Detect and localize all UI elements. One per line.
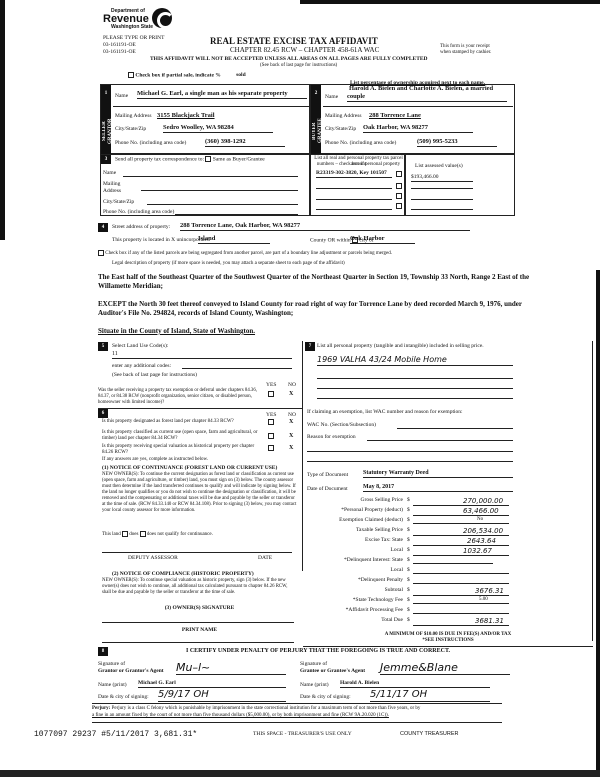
personal-property-checkbox[interactable] — [396, 183, 402, 189]
assessed-value-field[interactable]: $193,466.00 — [411, 174, 473, 182]
subtotal-field[interactable]: 3676.31 — [413, 587, 509, 596]
parcel-number-field[interactable]: R23319-302-3820, Key 101507 — [316, 170, 392, 178]
delinquent-interest-local-field[interactable] — [413, 567, 509, 574]
correspondence-phone-field[interactable] — [175, 214, 298, 215]
exemption-claimed-field[interactable]: No — [413, 517, 509, 524]
assessed-value-field[interactable] — [411, 209, 473, 210]
tax-calculation-table: Gross Selling Price $ 270,000.00 *Person… — [303, 497, 593, 627]
document-date-field[interactable]: May 8, 2017 — [363, 484, 513, 492]
print-name-line[interactable] — [102, 642, 294, 643]
legal-description-p2: EXCEPT the North 30 feet thereof conveye… — [98, 300, 538, 318]
deputy-assessor-signature-line[interactable] — [102, 552, 292, 553]
treasurer-receipt-stamp: 1077097 29237 #5/11/2017 3,681.31* — [34, 730, 197, 740]
section-number: 1 — [101, 89, 111, 98]
property-street-field[interactable]: 288 Torrence Lane, Oak Harbor, WA 98277 — [180, 222, 470, 231]
taxable-selling-price-field[interactable]: 206,534.00 — [413, 527, 509, 536]
tax-row: Subtotal $ 3676.31 — [303, 587, 593, 597]
land-use-code-field[interactable]: 11 — [112, 351, 292, 359]
type-or-print-note: PLEASE TYPE OR PRINT — [103, 35, 164, 42]
excise-tax-local-field[interactable]: 1032.67 — [413, 547, 509, 556]
personal-property-deduct-field[interactable]: 63,466.00 — [413, 507, 509, 516]
wac-number-field[interactable] — [397, 428, 513, 429]
tax-row: *Personal Property (deduct) $ 63,466.00 — [303, 507, 593, 517]
section-number: 4 — [98, 223, 108, 232]
tax-row: Local $ — [303, 567, 593, 577]
personal-property-checkbox[interactable] — [396, 171, 402, 177]
forest-land-yes-checkbox[interactable] — [268, 419, 274, 425]
buyer-name-line2[interactable]: couple — [347, 93, 507, 102]
exemption-reason-field[interactable] — [367, 440, 513, 441]
scan-edge-right — [596, 270, 600, 770]
correspondence-name-field[interactable] — [123, 176, 298, 177]
exemption-yes-checkbox[interactable] — [268, 391, 274, 397]
scan-edge-top — [300, 0, 600, 4]
seller-city-field[interactable]: Sedro Woolley, WA 98284 — [163, 124, 273, 133]
correspondence-mailing-field[interactable] — [141, 190, 298, 191]
delinquent-interest-state-field[interactable] — [413, 557, 493, 564]
assessed-values-section: List assessed value(s) $193,466.00 — [405, 154, 515, 216]
seller-phone-field[interactable]: (360) 398-1292 — [205, 138, 285, 147]
seller-name-field[interactable]: Michael G. Earl, a single man as his sep… — [137, 90, 307, 99]
scan-edge-left — [0, 0, 5, 240]
assessed-value-field[interactable] — [411, 199, 473, 200]
tax-row: Gross Selling Price $ 270,000.00 — [303, 497, 593, 507]
tax-row: Taxable Selling Price $ 206,534.00 — [303, 527, 593, 537]
buyer-section: 2 BUYER GRANTEE Harold A. Bielen and Cha… — [310, 84, 515, 154]
property-county-field[interactable]: Island — [198, 235, 270, 244]
tax-row: *Affidavit Processing Fee $ — [303, 607, 593, 617]
forest-land-no-mark[interactable]: X — [289, 419, 293, 426]
perjury-notice: Perjury: Perjury is a class C felony whi… — [92, 706, 512, 712]
owner-signature-line[interactable] — [102, 622, 294, 623]
does-qualify-checkbox[interactable] — [122, 531, 128, 537]
section-number: 2 — [311, 89, 321, 98]
parcel-number-field[interactable] — [316, 188, 392, 189]
form-code-2: 03-161191-OE — [103, 49, 136, 56]
legal-description-p1: The East half of the Southeast Quarter o… — [98, 273, 538, 291]
historic-no-mark[interactable]: X — [289, 445, 293, 452]
grantor-name-field[interactable]: Michael G. Earl — [138, 680, 286, 688]
grantor-date-field[interactable]: 5/9/17 OH — [158, 689, 286, 702]
grantee-date-field[interactable]: 5/11/17 OH — [370, 689, 490, 702]
seller-mailing-field[interactable]: 3155 Blackjack Trail — [157, 112, 215, 120]
tax-row: *Delinquent Interest: State $ — [303, 557, 593, 567]
form-code-1: 03-161191-OE — [103, 42, 136, 49]
delinquent-penalty-field[interactable] — [413, 577, 509, 584]
section-number: 8 — [98, 647, 108, 656]
grantee-name-field[interactable]: Harold A. Bielen — [340, 680, 490, 688]
partial-sale-checkbox[interactable] — [128, 72, 134, 78]
form-subtitle: CHAPTER 82.45 RCW – CHAPTER 458-61A WAC — [230, 46, 379, 54]
buyer-mailing-field[interactable]: 288 Torrence Lane — [369, 112, 421, 120]
assessed-value-field[interactable] — [411, 188, 473, 189]
personal-property-field[interactable]: 1969 VALHA 43/24 Mobile Home — [317, 355, 513, 366]
tax-row: Excise Tax: State $ 2643.64 — [303, 537, 593, 547]
personal-property-checkbox[interactable] — [396, 193, 402, 199]
total-due-field[interactable]: 3681.31 — [413, 617, 509, 626]
buyer-name-line1[interactable]: Harold A. Bielen and Charlotte A. Bielen… — [349, 85, 493, 93]
tax-row: Exemption Claimed (deduct) $ No — [303, 517, 593, 527]
agency-logo: Department of Revenue Washington State — [103, 8, 183, 30]
certification-statement: I CERTIFY UNDER PENALTY OF PERJURY THAT … — [186, 648, 450, 655]
current-use-no-mark[interactable]: X — [289, 433, 293, 440]
tax-row: *State Technology Fee $ 5.00 — [303, 597, 593, 607]
personal-property-checkbox[interactable] — [396, 203, 402, 209]
document-type-field[interactable]: Statutory Warranty Deed — [363, 470, 513, 478]
historic-yes-checkbox[interactable] — [268, 445, 274, 451]
excise-tax-state-field[interactable]: 2643.64 — [413, 537, 509, 546]
state-technology-fee-field[interactable]: 5.00 — [413, 597, 509, 604]
grantor-signature[interactable]: Mu–l~ — [176, 661, 286, 675]
segregated-checkbox[interactable] — [98, 250, 104, 256]
correspondence-city-field[interactable] — [147, 204, 298, 205]
current-use-yes-checkbox[interactable] — [268, 433, 274, 439]
tax-row: Total Due $ 3681.31 — [303, 617, 593, 627]
dor-logo-icon — [152, 8, 172, 28]
affidavit-processing-fee-field[interactable] — [413, 607, 509, 614]
treasurer-use-label: THIS SPACE - TREASURER'S USE ONLY — [253, 731, 352, 738]
seller-section: 1 SELLER GRANTOR Name Michael G. Earl, a… — [100, 84, 310, 154]
completion-warning: THIS AFFIDAVIT WILL NOT BE ACCEPTED UNLE… — [150, 56, 428, 63]
property-city-field[interactable]: Oak Harbor — [350, 235, 415, 244]
correspondence-section: 3 Send all property tax correspondence t… — [100, 154, 310, 216]
parcels-section: List all real and personal property tax … — [310, 154, 405, 216]
exemption-no-mark[interactable]: X — [289, 391, 293, 398]
land-use-section: 5 Select Land Use Code(s): 11 enter any … — [98, 341, 303, 571]
gross-selling-price-field[interactable]: 270,000.00 — [413, 497, 509, 506]
additional-codes-field[interactable] — [182, 368, 292, 369]
parcel-number-field[interactable] — [316, 199, 392, 200]
same-as-buyer-checkbox[interactable] — [205, 156, 211, 162]
grantee-signature[interactable]: Jemme&Blane — [380, 661, 510, 675]
does-not-qualify-checkbox[interactable] — [140, 531, 146, 537]
county-treasurer-label: COUNTY TREASURER — [400, 731, 458, 738]
partial-sale-row: Check box if partial sale, indicate % so… — [128, 72, 246, 79]
tax-row: Local $ 1032.67 — [303, 547, 593, 557]
buyer-phone-field[interactable]: (509) 995-5233 — [417, 138, 497, 147]
scan-edge-bottom — [0, 770, 600, 777]
buyer-city-field[interactable]: Oak Harbor, WA 98277 — [363, 124, 473, 133]
parcel-number-field[interactable] — [316, 209, 392, 210]
legal-description-p3: Situate in the County of Island, State o… — [98, 327, 255, 335]
tax-row: *Delinquent Penalty $ — [303, 577, 593, 587]
